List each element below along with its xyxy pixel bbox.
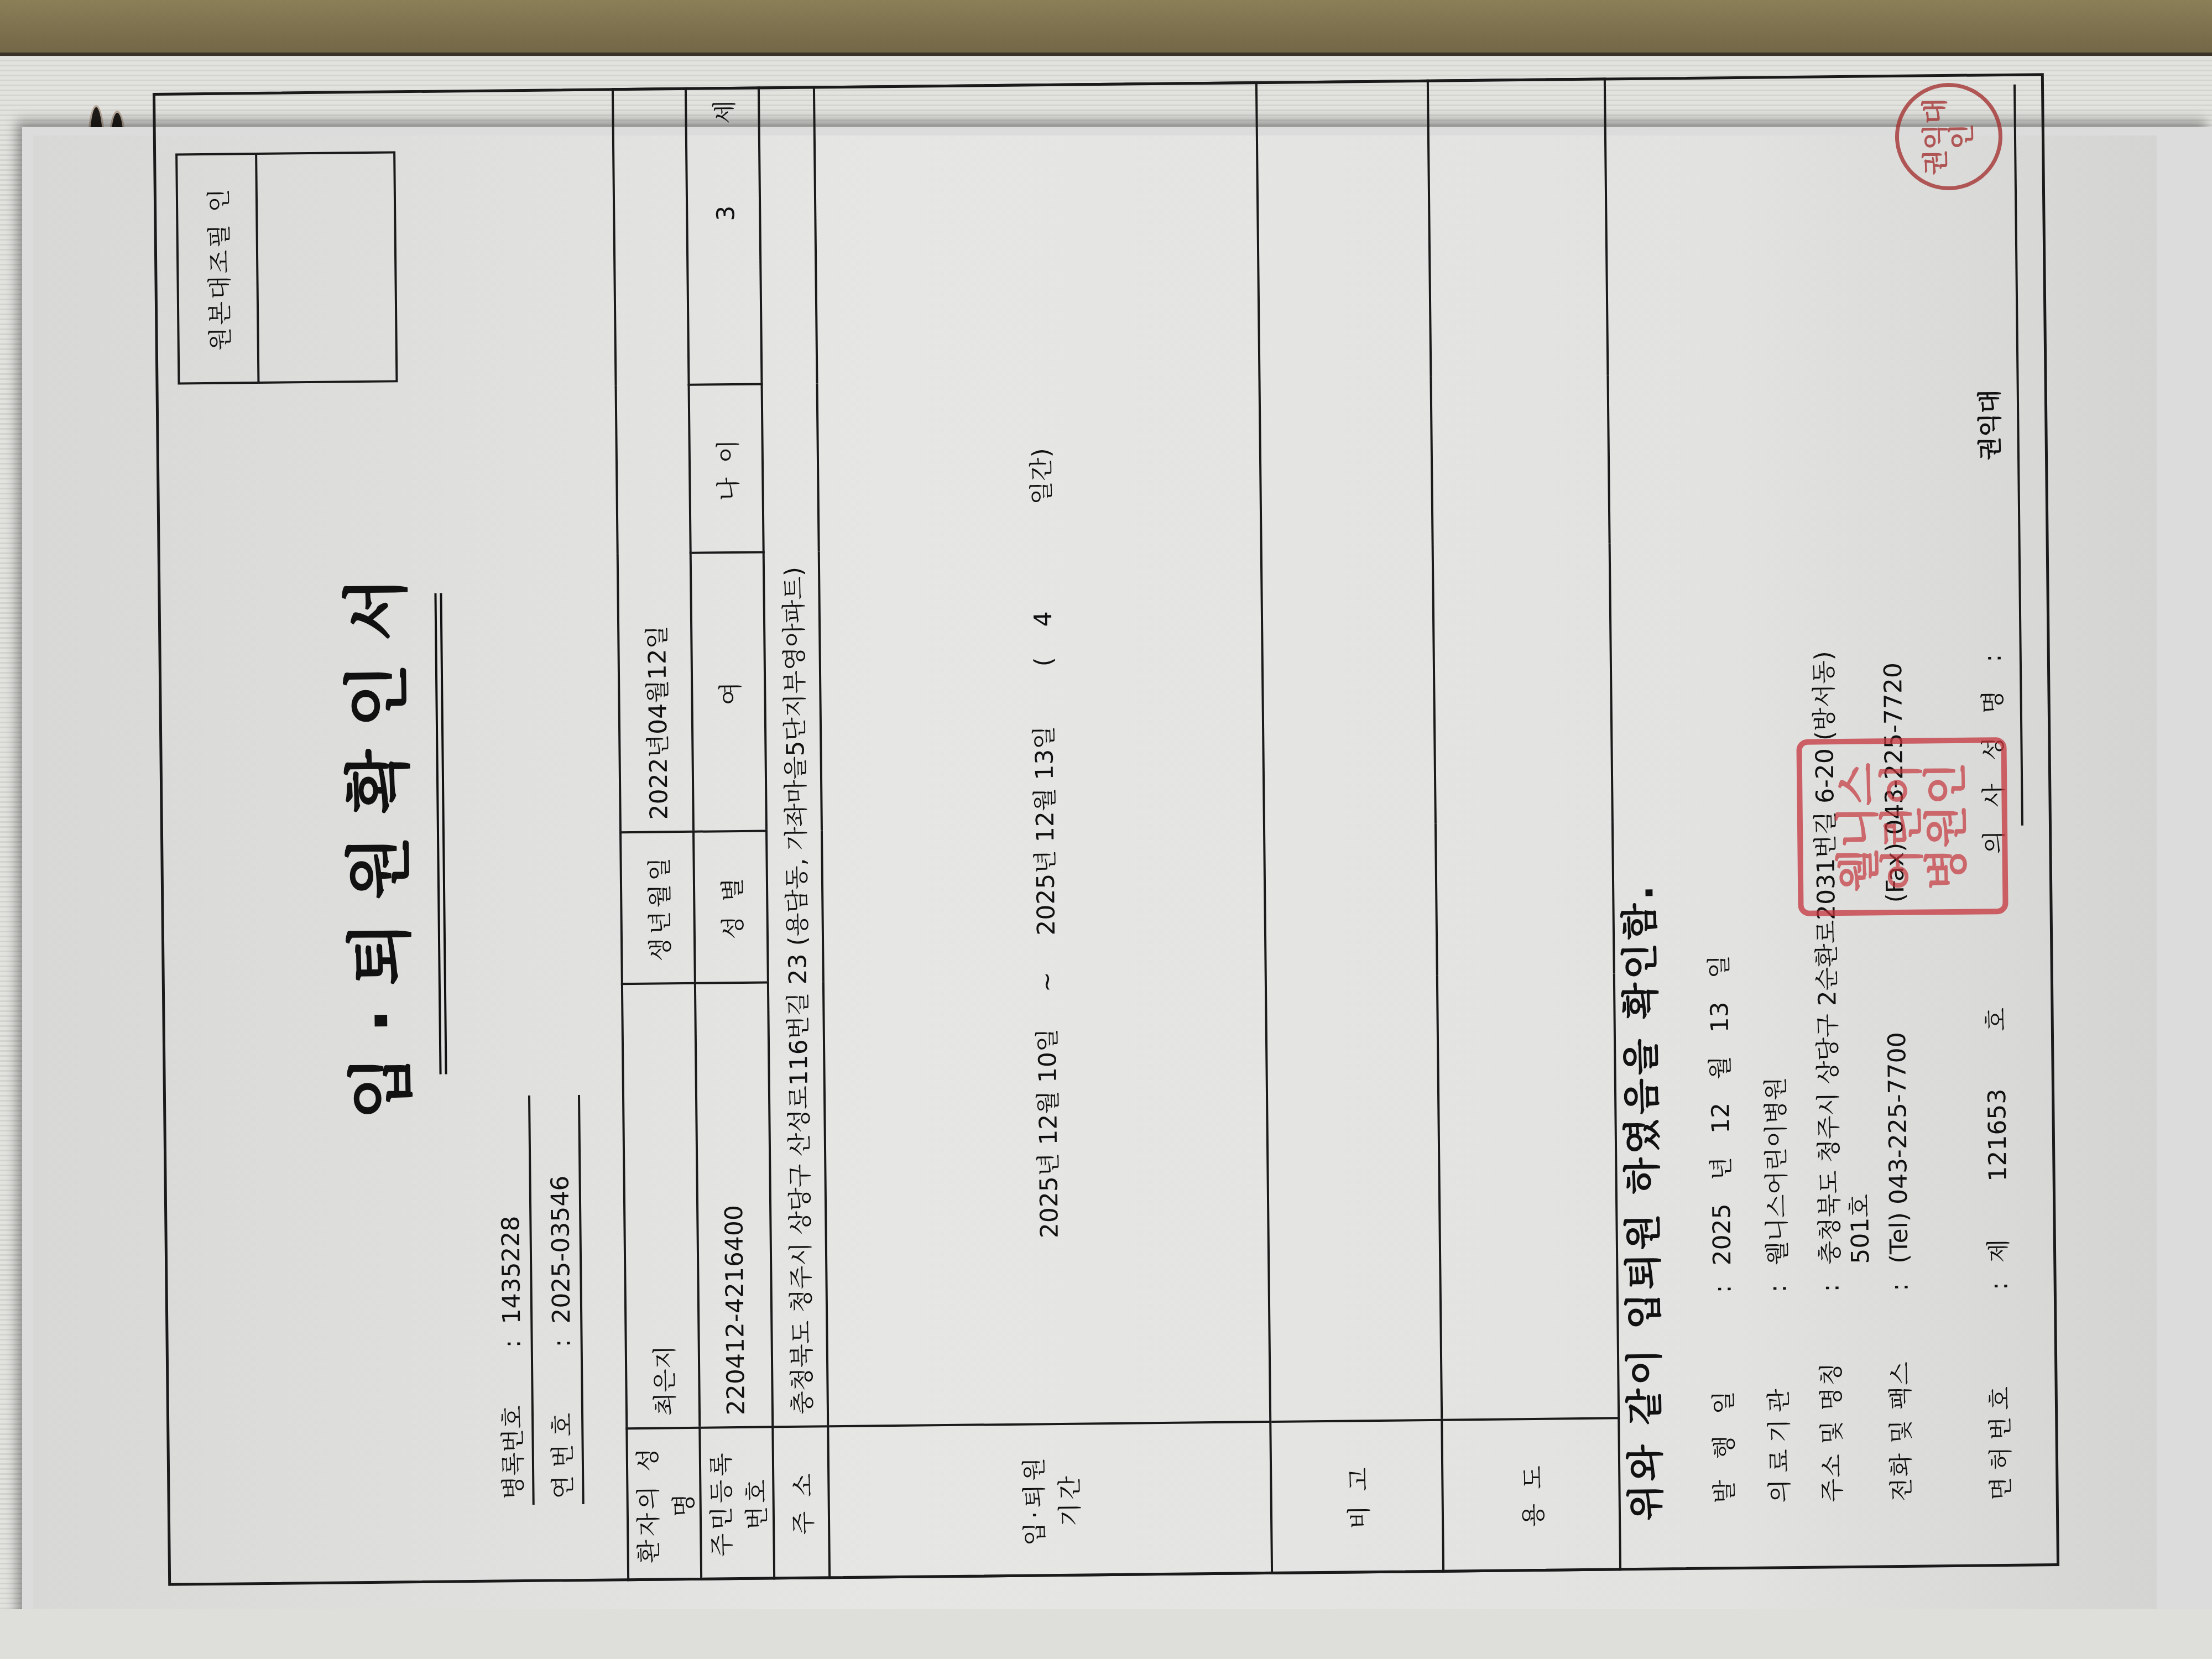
purpose-label: 용 도 bbox=[1442, 1418, 1620, 1571]
remarks-value bbox=[1256, 81, 1442, 1422]
background-surface bbox=[0, 0, 2212, 61]
admission-discharge-certificate: 원본대조필 인 입·퇴원확인서 병록번호 : 1435228 연 번 호 : 2… bbox=[153, 73, 2059, 1586]
stay-period-label: 입·퇴원 기간 bbox=[828, 1422, 1272, 1578]
original-check-label: 원본대조필 인 bbox=[178, 155, 259, 382]
license-number: 제 121653 호 bbox=[1982, 1008, 2013, 1262]
age-cell: 3 세 bbox=[686, 88, 762, 385]
stay-days: 4 bbox=[1029, 588, 1057, 650]
doctor-name: 권익대 bbox=[1976, 389, 2005, 460]
remarks-label: 비 고 bbox=[1270, 1420, 1443, 1573]
patient-name-label: 환자의 성명 bbox=[627, 1428, 701, 1580]
age-label: 나 이 bbox=[689, 384, 764, 552]
page-title: 입·퇴원확인서 bbox=[319, 90, 429, 1584]
stay-days-unit: 일간) bbox=[1021, 448, 1058, 581]
stay-period: 2025년 12월 10일 ~ 2025년 12월 13일 ( 4 일간) bbox=[814, 82, 1270, 1426]
sex-value: 여 bbox=[691, 552, 766, 831]
institution-name: 웰니스어린이병원 bbox=[1762, 1077, 1792, 1265]
stay-start: 2025년 12월 10일 bbox=[1034, 1028, 1064, 1238]
sex-label: 성 별 bbox=[693, 831, 768, 983]
institution-address-label: 주소 및 명칭 bbox=[1811, 1292, 1848, 1503]
phone-label: 전화 및 팩스 bbox=[1880, 1291, 1917, 1502]
license-label: 면허번호 bbox=[1979, 1290, 2017, 1501]
institution-address-cont: 501호 bbox=[1840, 1194, 1876, 1264]
confirmation-statement: 위와 같이 입퇴원 하였음을 확인함. bbox=[1610, 882, 1670, 1521]
address-label: 주 소 bbox=[773, 1426, 830, 1578]
hospital-seal-stamp: 웰니스어린이병원인 bbox=[1796, 737, 2008, 916]
binder-edge bbox=[0, 1609, 2212, 1659]
chart-number-value: 1435228 bbox=[497, 1215, 526, 1324]
issue-date-label: 발 행 일 bbox=[1703, 1293, 1740, 1504]
institution-label: 의료기관 bbox=[1758, 1292, 1796, 1503]
serial-number-label: 연 번 호 bbox=[542, 1355, 579, 1499]
stay-days-open: ( bbox=[1030, 657, 1058, 718]
patient-info-table: 환자의 성명 최은지 생년월일 2022년04월12일 주민등록번호 22041… bbox=[612, 77, 1621, 1581]
age-value: 3 bbox=[712, 205, 740, 221]
issue-date-row: 발 행 일:2025 년 12 월 13 일 bbox=[1699, 955, 1740, 1504]
serial-number-value: 2025-03546 bbox=[546, 1175, 576, 1323]
tel-number: (Tel) 043-225-7700 bbox=[1883, 1032, 1913, 1264]
rrn-value: 220412-4216400 bbox=[695, 982, 773, 1427]
rrn-label: 주민등록번호 bbox=[700, 1427, 774, 1579]
chart-number-row: 병록번호 : 1435228 bbox=[491, 1215, 529, 1499]
age-unit: 세 bbox=[711, 100, 739, 124]
chart-number-label: 병록번호 bbox=[492, 1355, 529, 1500]
birth-date: 2022년04월12일 bbox=[613, 88, 693, 832]
purpose-value bbox=[1428, 79, 1619, 1420]
stay-separator: ~ bbox=[1032, 943, 1061, 1021]
institution-row: 의료기관:웰니스어린이병원 bbox=[1756, 1077, 1796, 1503]
issue-date: 2025 년 12 월 13 일 bbox=[1705, 955, 1736, 1266]
stay-end: 2025년 12월 13일 bbox=[1030, 726, 1061, 936]
patient-name: 최은지 bbox=[622, 983, 700, 1428]
serial-number-row: 연 번 호 : 2025-03546 bbox=[540, 1175, 579, 1499]
birth-label: 생년월일 bbox=[620, 832, 695, 984]
